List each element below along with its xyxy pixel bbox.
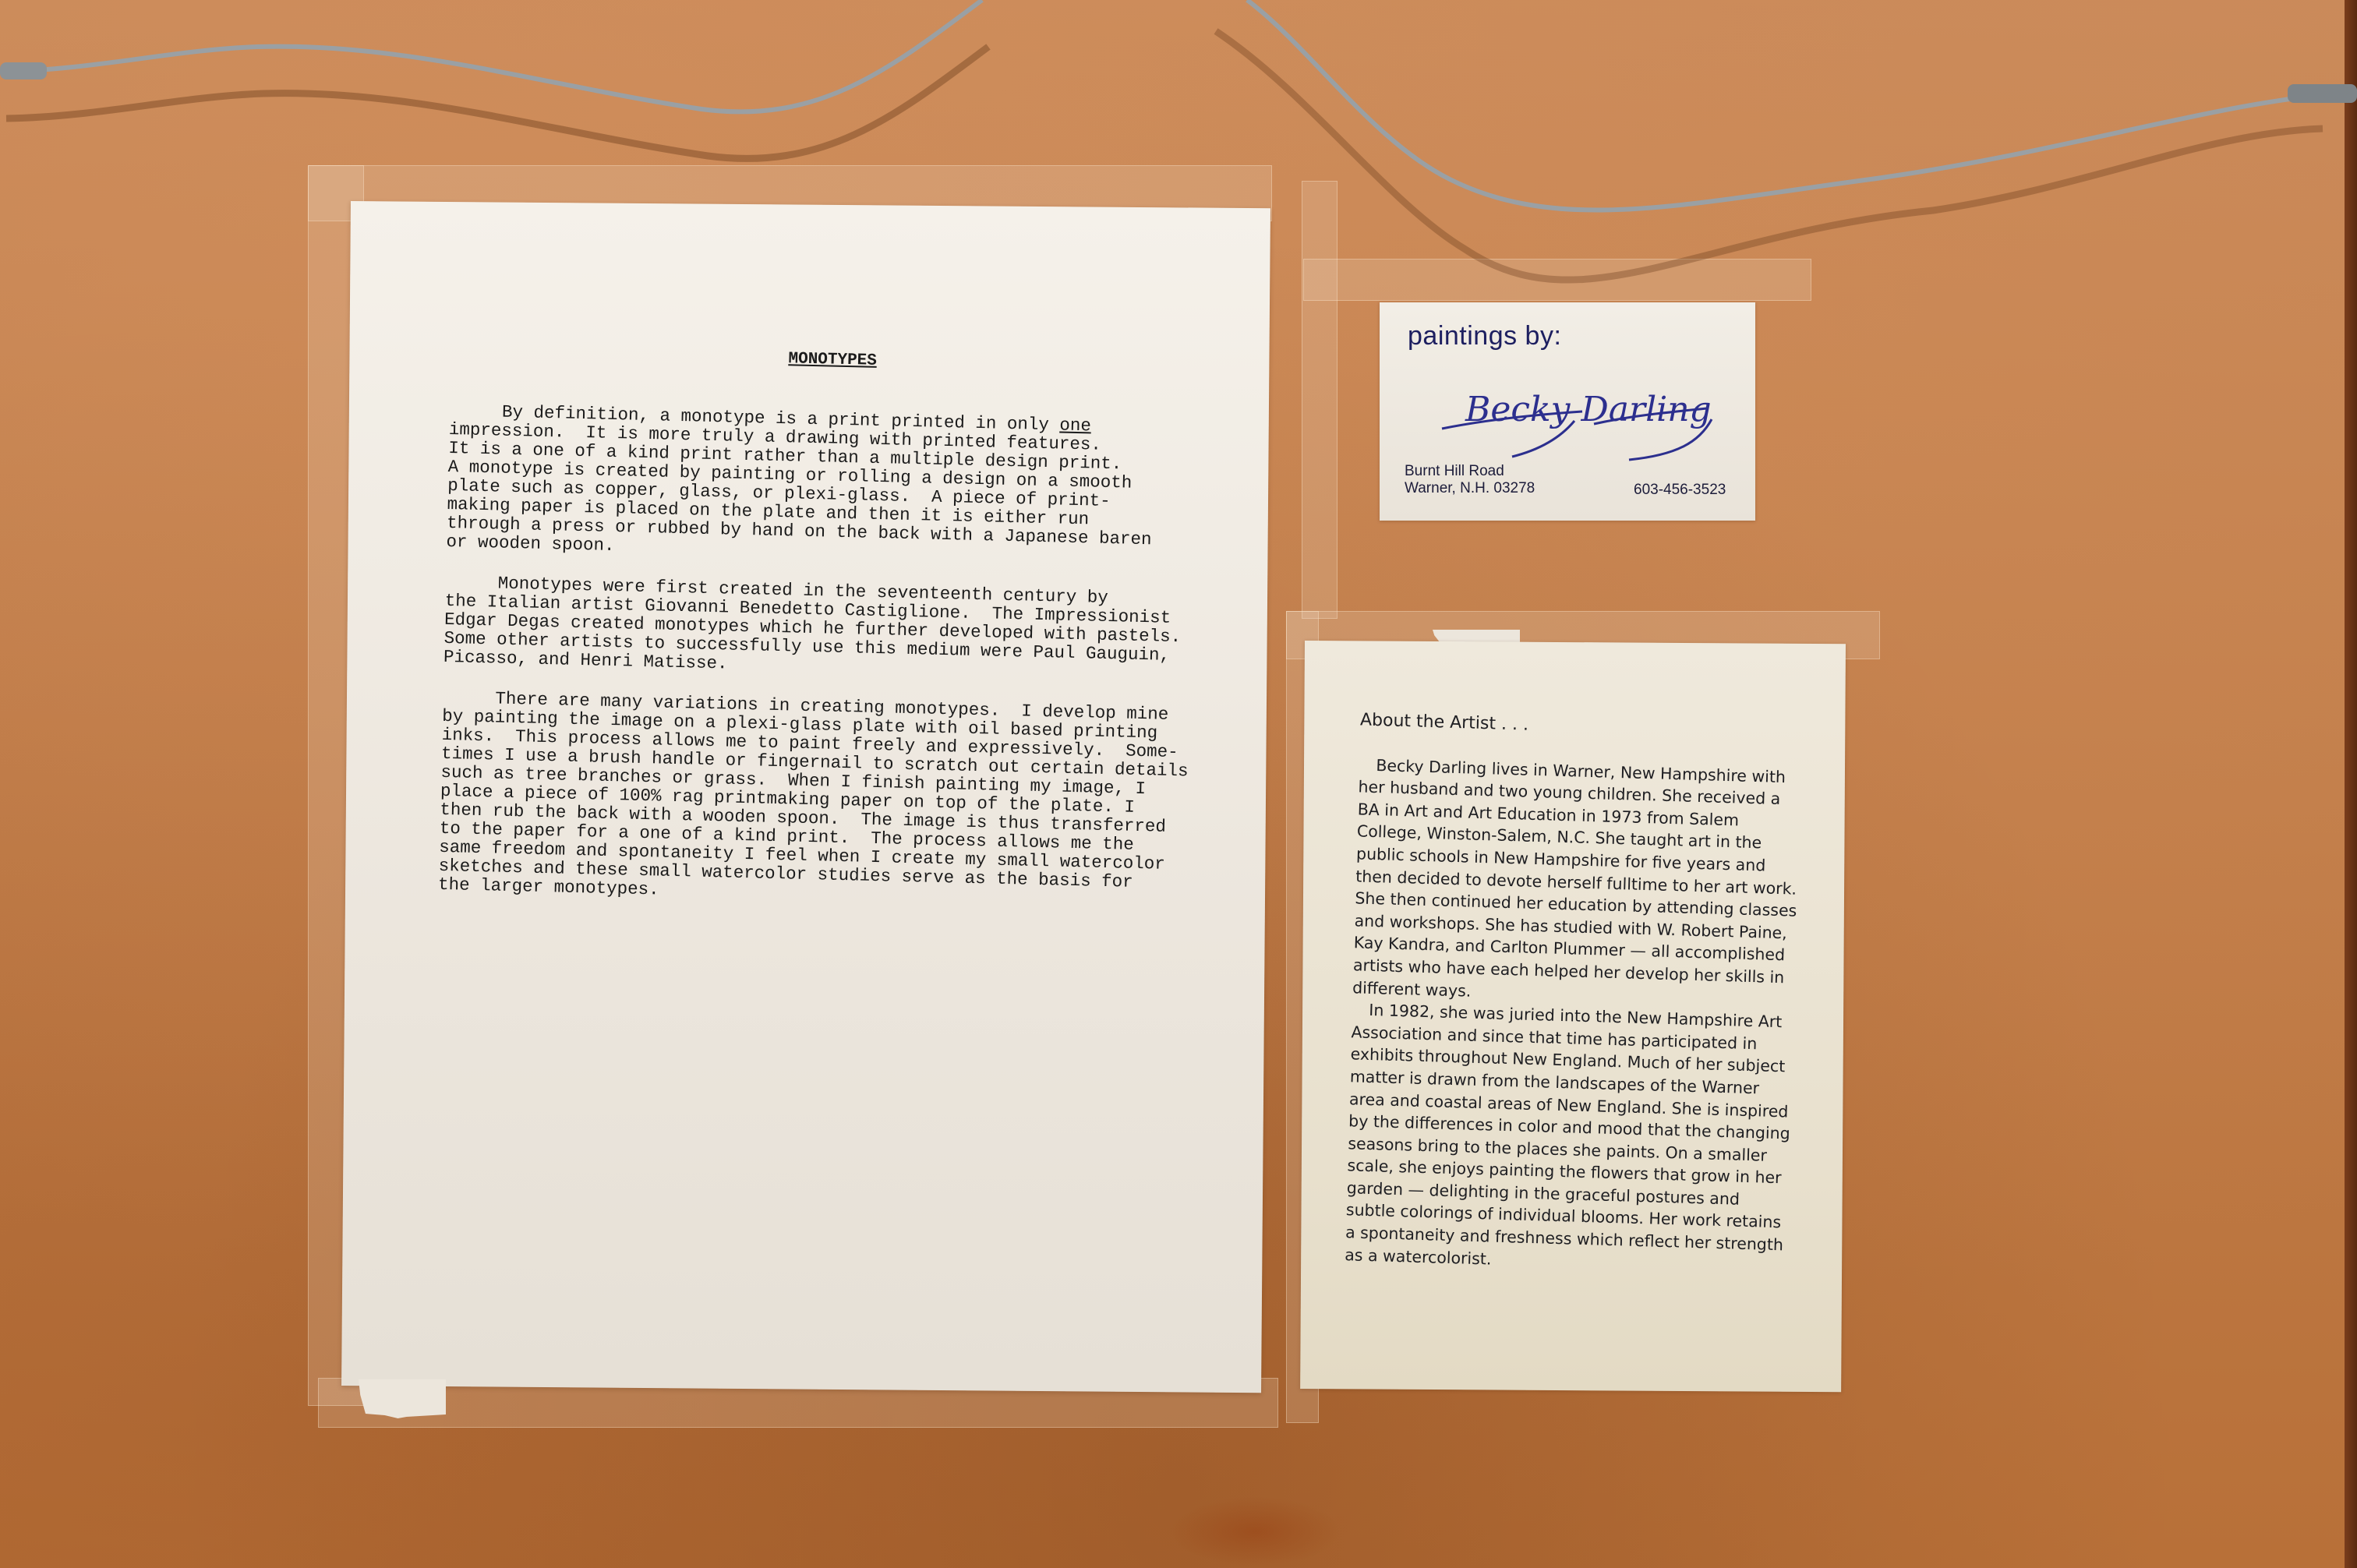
document-paragraph: There are many variations in creating mo… [438, 688, 1207, 912]
business-card-phone: 603-456-3523 [1634, 482, 1726, 499]
monotypes-document: MONOTYPES By definition, a monotype is a… [341, 201, 1270, 1393]
frame-edge [2345, 0, 2357, 1568]
document-title: MONOTYPES [451, 342, 1214, 379]
artist-signature: Becky Darling [1426, 380, 1730, 466]
address-line: Burnt Hill Road [1405, 463, 1535, 480]
underlined-word: one [1059, 415, 1091, 436]
tape-strip [1302, 181, 1338, 619]
torn-tape-fragment [359, 1379, 446, 1418]
about-title: About the Artist . . . [1360, 709, 1805, 744]
tape-strip [1303, 259, 1811, 301]
about-the-artist-card: About the Artist . . . Becky Darling liv… [1300, 641, 1846, 1392]
monotypes-text-block: MONOTYPES By definition, a monotype is a… [437, 342, 1214, 934]
business-card-heading: paintings by: [1408, 321, 1561, 351]
about-paragraph: Becky Darling lives in Warner, New Hamps… [1352, 754, 1804, 1012]
about-paragraph: In 1982, she was juried into the New Ham… [1345, 998, 1797, 1278]
signature-text: Becky Darling [1465, 390, 1712, 429]
document-paragraph: By definition, a monotype is a print pri… [446, 401, 1213, 569]
business-card-address: Burnt Hill Road Warner, N.H. 03278 [1405, 463, 1535, 497]
business-card: paintings by: Becky Darling Burnt Hill R… [1380, 302, 1755, 521]
water-stain [1169, 1496, 1341, 1566]
paragraph-text: impression. It is more truly a drawing w… [446, 415, 1152, 556]
about-text-block: About the Artist . . . Becky Darling liv… [1345, 709, 1804, 1278]
document-paragraph: Monotypes were first created in the seve… [443, 573, 1210, 684]
address-line: Warner, N.H. 03278 [1405, 480, 1535, 497]
